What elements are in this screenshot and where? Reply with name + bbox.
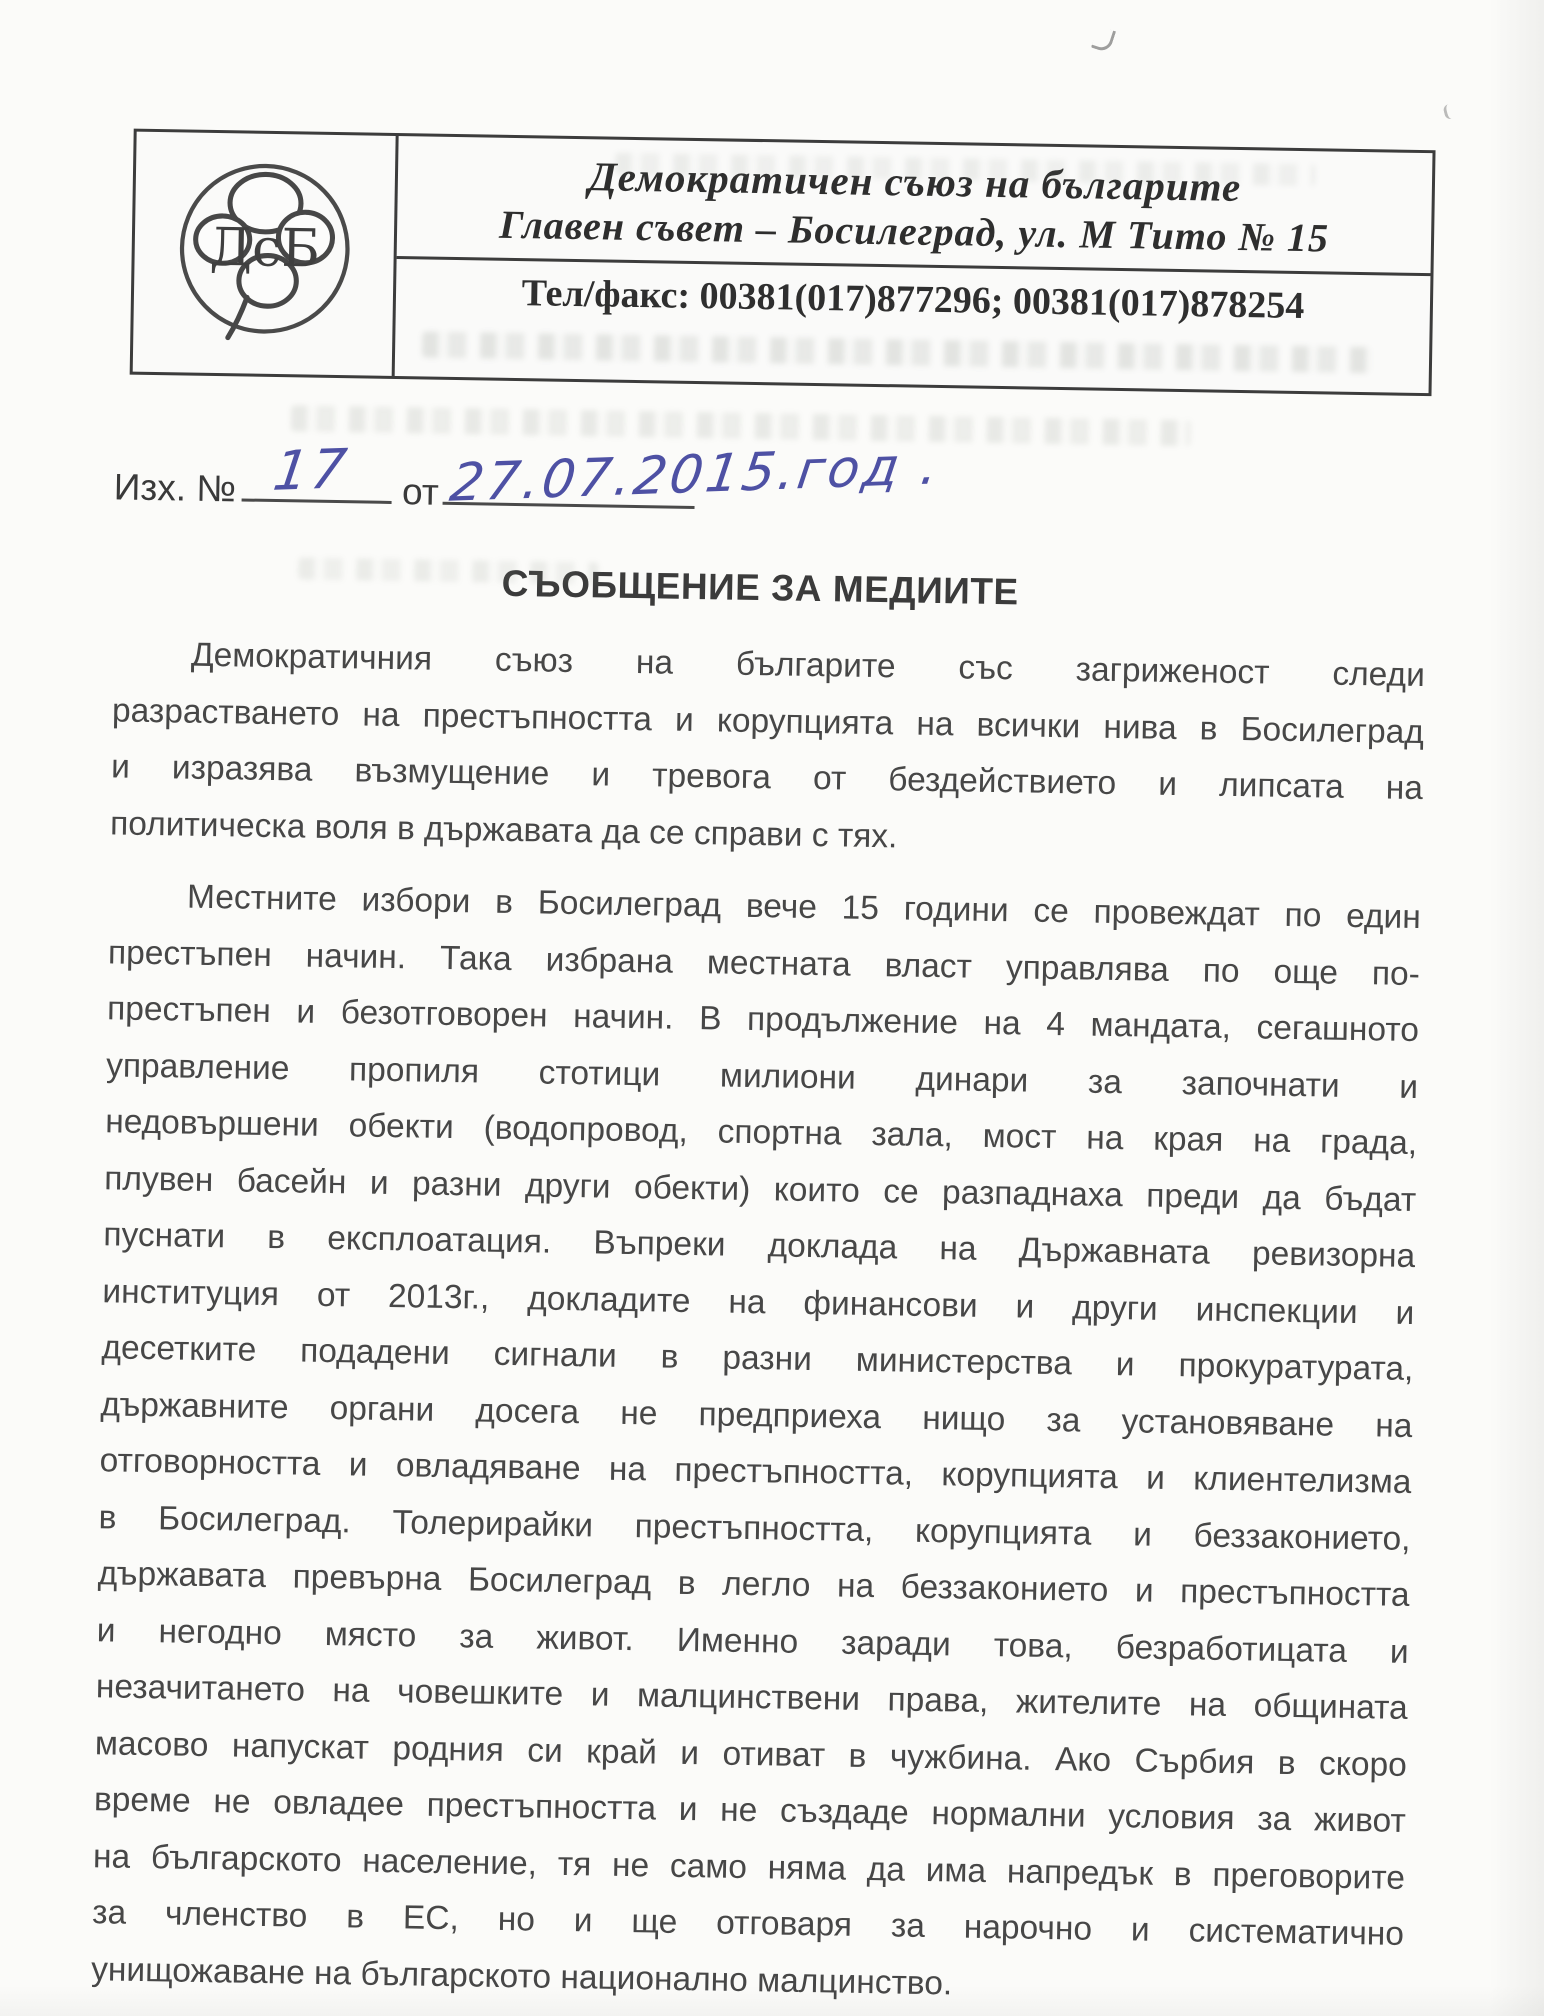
handwritten-date: 27.07.2015.год . xyxy=(446,436,945,514)
scanned-document-page: ДсБ Демократичен съюз на българите Главе… xyxy=(0,0,1544,2016)
logo-text: ДсБ xyxy=(209,217,320,280)
ref-date-blank: 27.07.2015.год . xyxy=(443,460,696,509)
bleedthrough-smudge xyxy=(291,405,1191,446)
logo-cell: ДсБ xyxy=(133,132,399,376)
paragraph: Демократичния съюз на българите със загр… xyxy=(110,626,1426,874)
letterhead-text-cell: Демократичен съюз на българите Главен съ… xyxy=(395,136,1433,393)
scan-pen-mark xyxy=(1442,103,1457,120)
dsb-clover-logo-icon: ДсБ xyxy=(169,149,358,358)
letterhead-box: ДсБ Демократичен съюз на българите Главе… xyxy=(130,129,1436,397)
document-content: ДсБ Демократичен съюз на българите Главе… xyxy=(65,112,1440,2016)
ref-number-label: Изх. № xyxy=(113,466,236,509)
ref-number-blank: 17 xyxy=(242,456,393,503)
ref-from-label: от xyxy=(402,471,439,513)
reference-number-line: Изх. №17от27.07.2015.год . xyxy=(113,454,1434,552)
handwritten-number: 17 xyxy=(270,437,354,503)
document-body: Демократичния съюз на българите със загр… xyxy=(91,626,1426,2016)
org-name-block: Демократичен съюз на българите Главен съ… xyxy=(397,136,1433,276)
document-title: СЪОБЩЕНИЕ ЗА МЕДИИТЕ xyxy=(88,556,1433,624)
scan-pen-mark xyxy=(1091,26,1116,54)
paragraph: Местните избори в Босилеград вече 15 год… xyxy=(91,868,1422,2016)
org-phone-line: Тел/факс: 00381(017)877296; 00381(017)87… xyxy=(395,259,1431,393)
